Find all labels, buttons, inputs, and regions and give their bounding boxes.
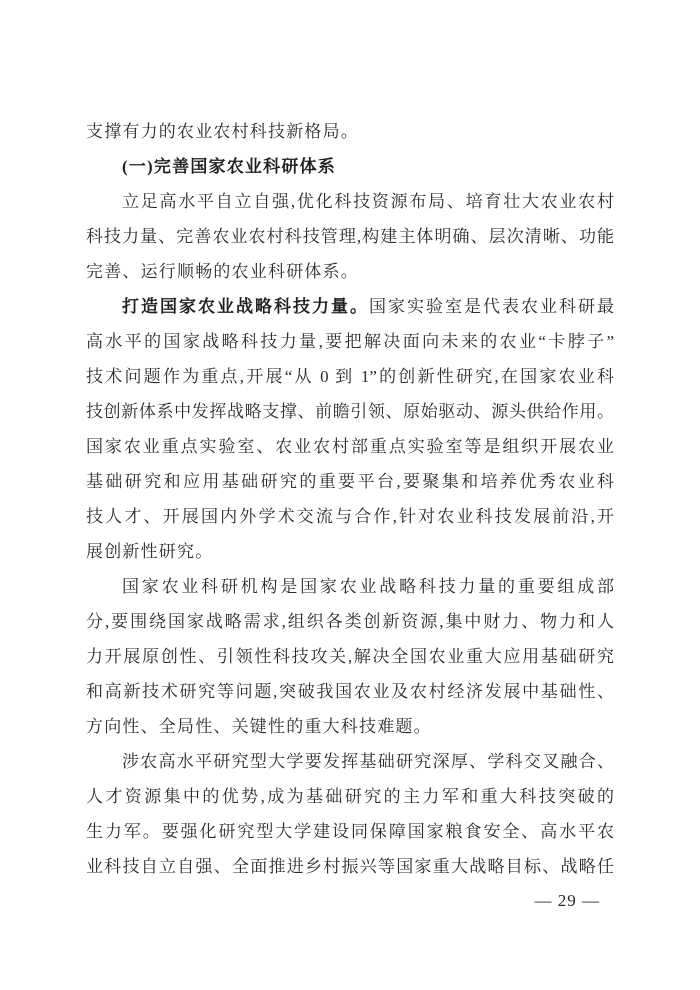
text-line: 技创新体系中发挥战略支撑、前瞻引领、原始驱动、源头供给作用。 — [86, 394, 614, 429]
text-line: 支撑有力的农业农村科技新格局。 — [86, 114, 614, 149]
text-line: 生力军。要强化研究型大学建设同保障国家粮食安全、高水平农 — [86, 814, 614, 849]
text-line: 展创新性研究。 — [86, 534, 614, 569]
text-line: 业科技自立自强、全面推进乡村振兴等国家重大战略目标、战略任 — [86, 849, 614, 884]
text-line: 国家农业科研机构是国家农业战略科技力量的重要组成部 — [86, 569, 614, 604]
text-line: 国家农业重点实验室、农业农村部重点实验室等是组织开展农业 — [86, 429, 614, 464]
text-line: 打造国家农业战略科技力量。国家实验室是代表农业科研最 — [86, 289, 614, 324]
text-line: 分,要围绕国家战略需求,组织各类创新资源,集中财力、物力和人 — [86, 604, 614, 639]
text-line: 和高新技术研究等问题,突破我国农业及农村经济发展中基础性、 — [86, 674, 614, 709]
text-line: 力开展原创性、引领性科技攻关,解决全国农业重大应用基础研究 — [86, 639, 614, 674]
text-line: 涉农高水平研究型大学要发挥基础研究深厚、学科交叉融合、 — [86, 744, 614, 779]
paragraph-lead-bold: 打造国家农业战略科技力量。 — [122, 297, 369, 316]
text-line: 立足高水平自立自强,优化科技资源布局、培育壮大农业农村 — [86, 184, 614, 219]
text-line: 基础研究和应用基础研究的重要平台,要聚集和培养优秀农业科 — [86, 464, 614, 499]
document-body: 支撑有力的农业农村科技新格局。 (一)完善国家农业科研体系 立足高水平自立自强,… — [86, 114, 614, 884]
text-line: 方向性、全局性、关键性的重大科技难题。 — [86, 709, 614, 744]
text-line: 高水平的国家战略科技力量,要把解决面向未来的农业“卡脖子” — [86, 324, 614, 359]
document-page: 支撑有力的农业农村科技新格局。 (一)完善国家农业科研体系 立足高水平自立自强,… — [0, 0, 700, 990]
text-line: 技人才、开展国内外学术交流与合作,针对农业科技发展前沿,开 — [86, 499, 614, 534]
text-line: 人才资源集中的优势,成为基础研究的主力军和重大科技突破的 — [86, 779, 614, 814]
text-line: 科技力量、完善农业农村科技管理,构建主体明确、层次清晰、功能 — [86, 219, 614, 254]
text-line: 完善、运行顺畅的农业科研体系。 — [86, 254, 614, 289]
text-line: 技术问题作为重点,开展“从 0 到 1”的创新性研究,在国家农业科 — [86, 359, 614, 394]
text-run: 国家实验室是代表农业科研最 — [369, 297, 614, 316]
section-heading: (一)完善国家农业科研体系 — [86, 149, 614, 184]
page-number: — 29 — — [535, 889, 601, 913]
